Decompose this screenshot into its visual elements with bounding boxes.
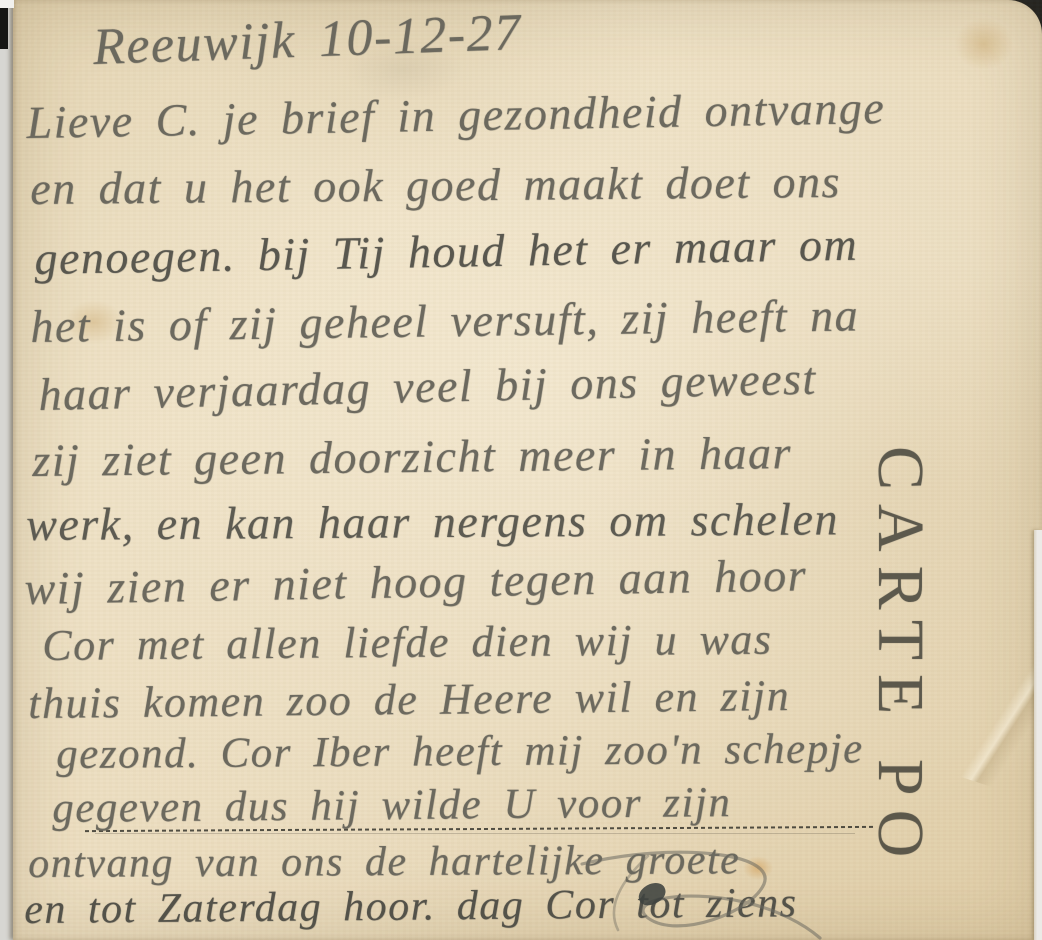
handwriting-line: en dat u het ook goed maakt doet ons [30,155,841,215]
handwriting-line: gezond. Cor Iber heeft mij zoo'n schepje [56,724,864,779]
scan-edge-strip-right [1034,530,1042,940]
signature-flourish-stroke [552,846,842,940]
scan-edge-highlight-left [0,0,14,8]
handwriting-line: thuis komen zoo de Heere wil en zijn [28,670,790,729]
handwriting-line: gegeven dus hij wilde U voor zijn [52,778,732,833]
scanned-postcard: Reeuwijk 10-12-27 Lieve C. je brief in g… [0,0,1042,940]
carte-postale-printed-text: CARTE PO [862,446,938,871]
scan-edge-shadow-left [0,7,8,49]
handwriting-line: Cor met allen liefde dien wij u was [42,614,773,671]
handwriting-line: werk, en kan haar nergens om schelen [26,492,839,551]
printed-address-rule-shadow [95,833,855,834]
handwriting-line: zij ziet geen doorzicht meer in haar [32,426,792,487]
paper-stain [955,18,1013,70]
